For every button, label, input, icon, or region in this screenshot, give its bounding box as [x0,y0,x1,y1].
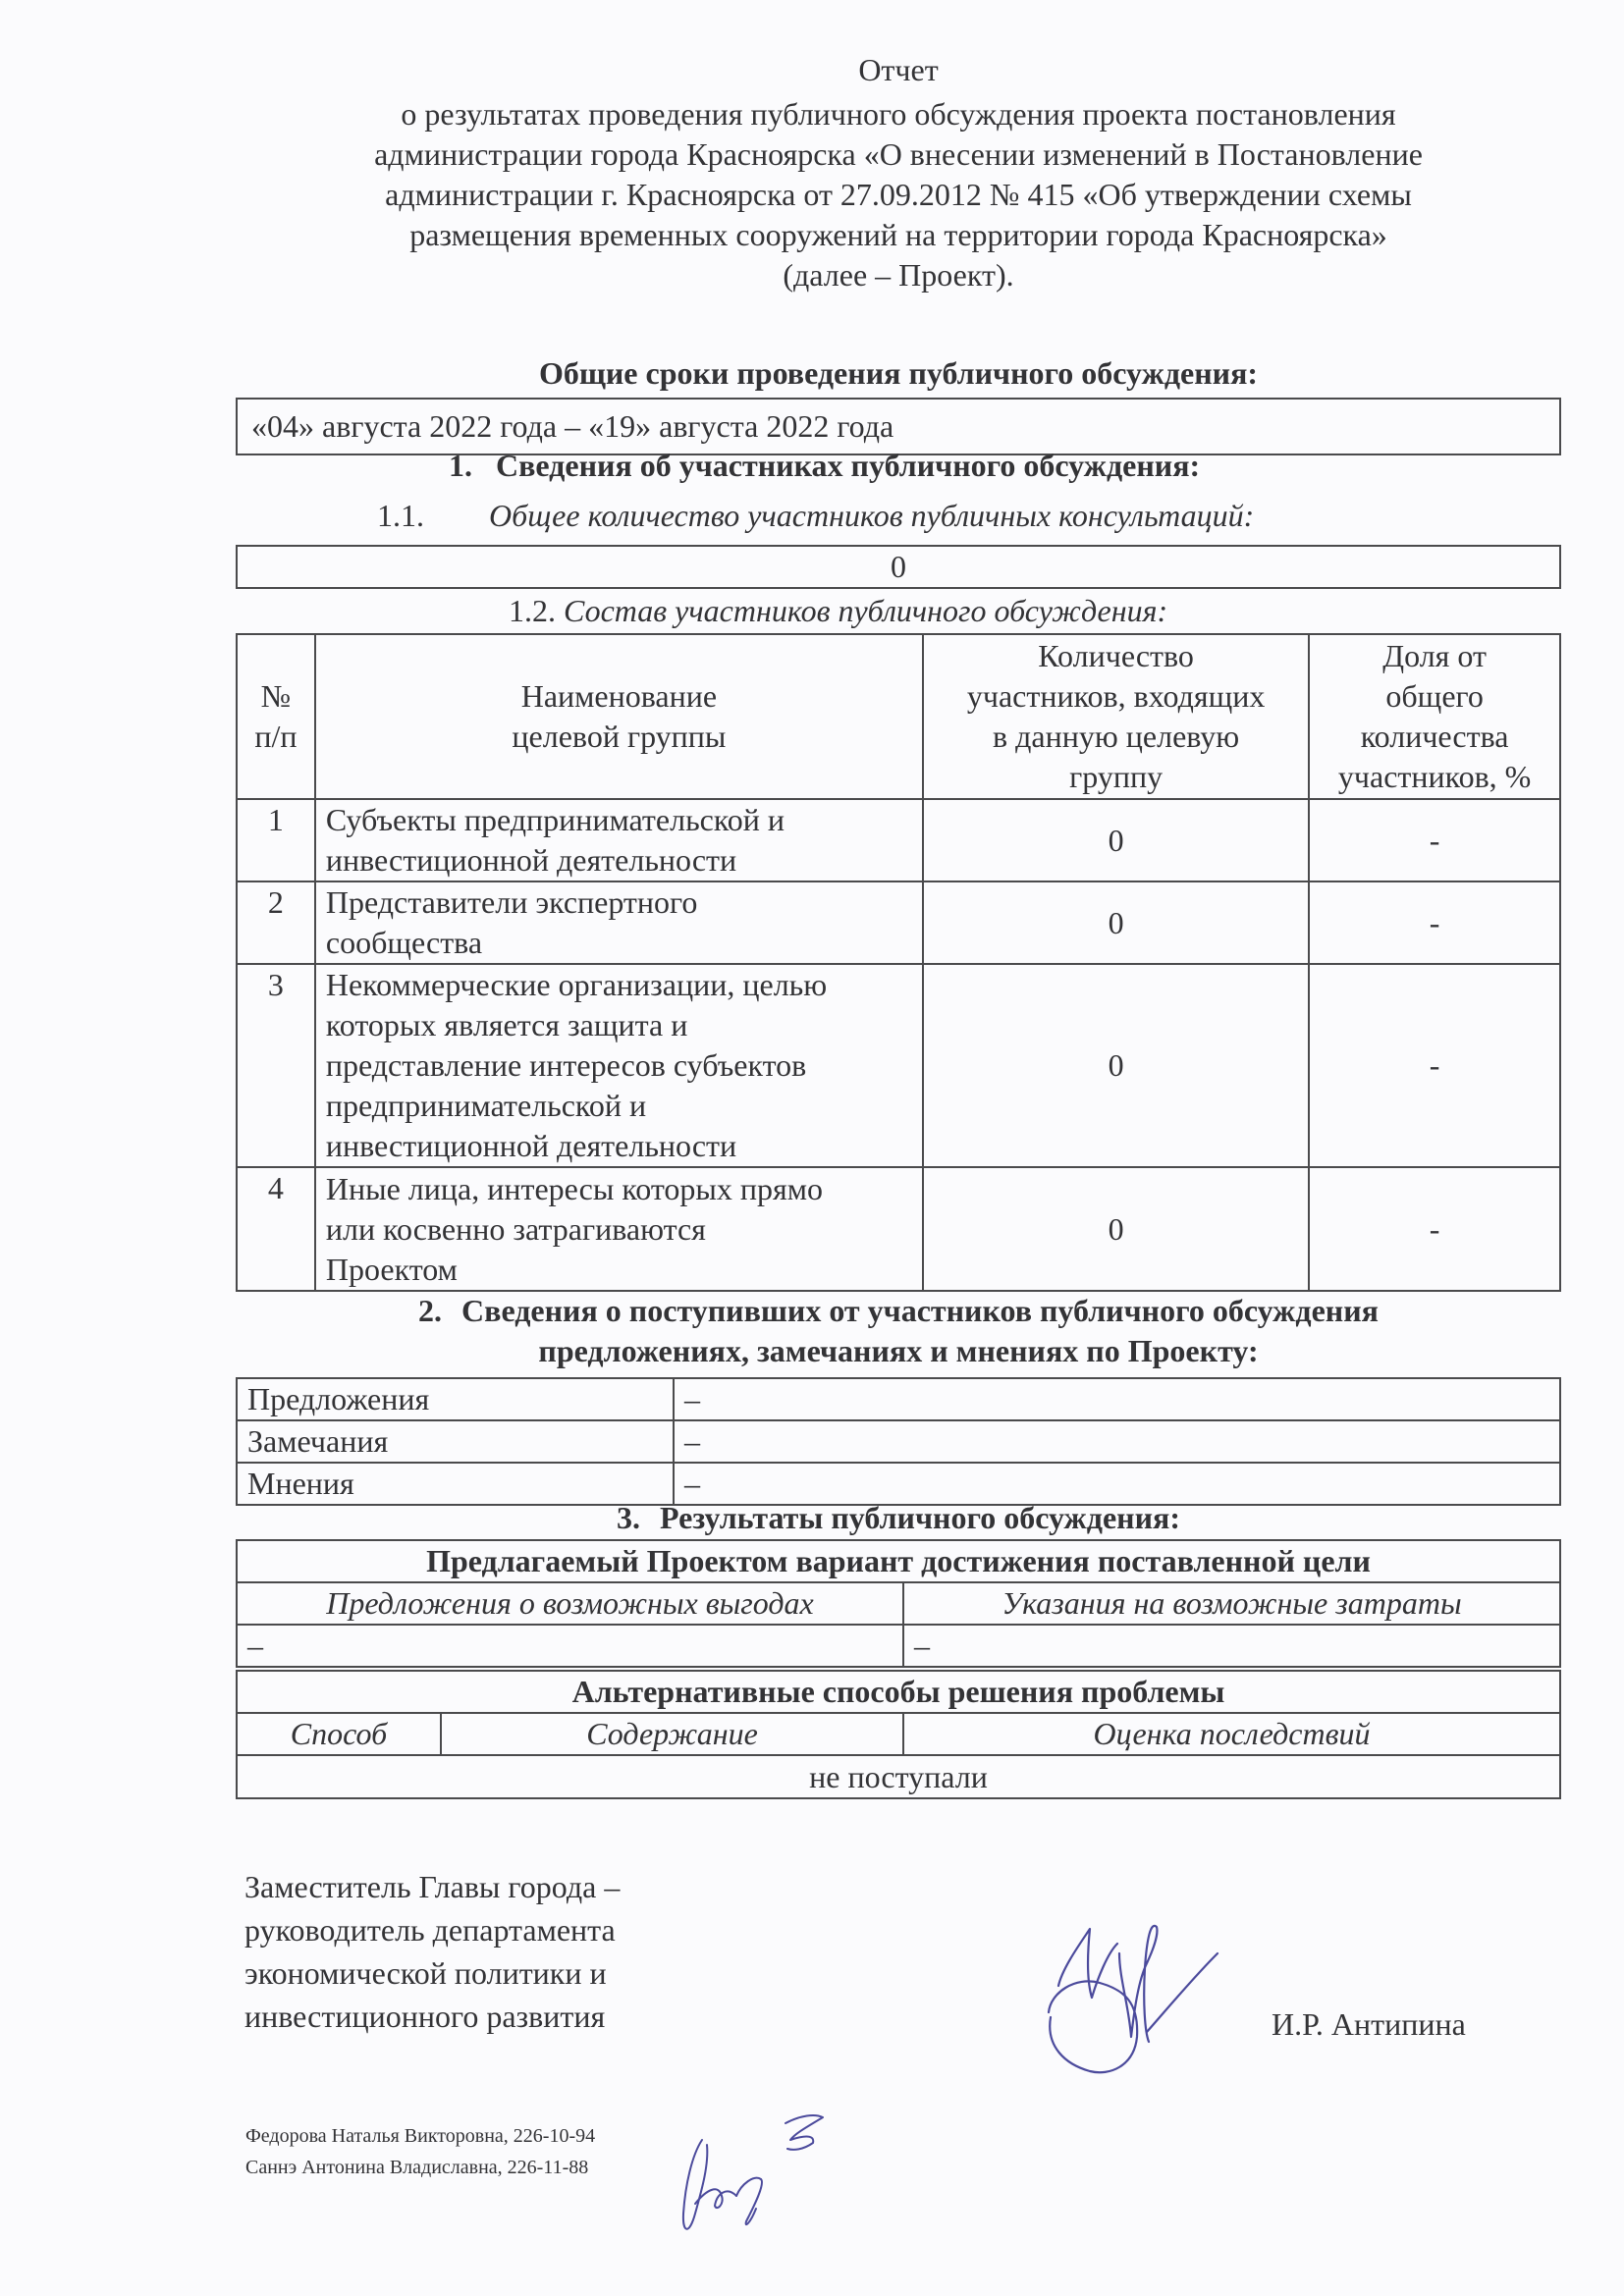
handwritten-signature [1021,1909,1218,2086]
document-title: Отчет [236,50,1561,90]
subtitle-line: размещения временных сооружений на терри… [236,215,1561,255]
feedback-label: Предложения [237,1378,674,1420]
content-header: Содержание [441,1713,903,1755]
row-share: - [1309,1167,1560,1291]
contact-line: Федорова Наталья Викторовна, 226-10-94 [245,2120,595,2152]
alternatives-value: не поступали [237,1755,1560,1798]
row-group-name: Представители экспертногосообщества [315,881,923,964]
benefits-header: Предложения о возможных выгодах [237,1582,903,1625]
col-header-count: Количествоучастников, входящих в данную … [923,634,1309,799]
row-count: 0 [923,1167,1309,1291]
alternatives-table: Альтернативные способы решения проблемы … [236,1670,1561,1799]
participants-table: №п/п Наименованиецелевой группы Количест… [236,633,1561,1292]
section2-heading-line: 2.Сведения о поступивших от участников п… [236,1291,1561,1331]
section3-heading: 3.Результаты публичного обсуждения: [236,1498,1561,1538]
section1-1-title: Общее количество участников публичных ко… [489,498,1254,533]
feedback-value: – [674,1378,1560,1420]
subtitle-line: администрации г. Красноярска от 27.09.20… [236,175,1561,215]
section1-2-heading: 1.2. Состав участников публичного обсужд… [509,591,1167,631]
col-header-group: Наименованиецелевой группы [315,634,923,799]
feedback-label: Замечания [237,1420,674,1463]
section1-heading: 1. Сведения об участниках публичного обс… [449,446,1200,486]
table-row: Замечания – [237,1420,1560,1463]
row-share: - [1309,799,1560,881]
section1-1-number: 1.1. [377,496,481,536]
table-row: Предложения – [237,1378,1560,1420]
subtitle-line: администрации города Красноярска «О внес… [236,134,1561,175]
participants-total-table: 0 [236,545,1561,589]
row-count: 0 [923,799,1309,881]
section3-title: Результаты публичного обсуждения: [660,1500,1180,1535]
costs-header: Указания на возможные затраты [903,1582,1560,1625]
alternatives-title: Альтернативные способы решения проблемы [237,1671,1560,1713]
row-group-name: Иные лица, интересы которых прямоили кос… [315,1167,923,1291]
section1-2-title: Состав участников публичного обсуждения: [564,593,1167,628]
proposed-variant-table: Предлагаемый Проектом вариант достижения… [236,1539,1561,1668]
costs-value: – [903,1625,1560,1667]
row-count: 0 [923,964,1309,1167]
section2-heading-line: предложениях, замечаниях и мнениях по Пр… [236,1331,1561,1371]
row-share: - [1309,881,1560,964]
row-number: 2 [237,881,315,964]
section1-title: Сведения об участниках публичного обсужд… [496,448,1200,483]
participants-total-value: 0 [237,546,1560,588]
section2-number: 2. [418,1291,461,1331]
method-header: Способ [237,1713,441,1755]
row-number: 4 [237,1167,315,1291]
section1-number: 1. [449,446,488,486]
subtitle-line: (далее – Проект). [236,255,1561,295]
row-group-name: Некоммерческие организации, цельюкоторых… [315,964,923,1167]
signature-icon [1021,1909,1218,2081]
contact-line: Саннэ Антонина Владиславна, 226-11-88 [245,2152,595,2183]
benefits-value: – [237,1625,903,1667]
table-row: 3 Некоммерческие организации, цельюкотор… [237,964,1560,1167]
signatory-name: И.Р. Антипина [1272,2004,1466,2045]
contacts: Федорова Наталья Викторовна, 226-10-94 С… [245,2120,595,2183]
document-subtitle: о результатах проведения публичного обсу… [236,94,1561,295]
row-number: 3 [237,964,315,1167]
col-header-number: №п/п [237,634,315,799]
row-group-name: Субъекты предпринимательской иинвестицио… [315,799,923,881]
consequences-header: Оценка последствий [903,1713,1560,1755]
section1-1-heading: 1.1. Общее количество участников публичн… [377,496,1254,536]
col-header-share: Доля отобщего количестваучастников, % [1309,634,1560,799]
row-share: - [1309,964,1560,1167]
section3-number: 3. [617,1498,660,1538]
signatory-position: Заместитель Главы города – руководитель … [244,1865,620,2038]
subtitle-line: о результатах проведения публичного обсу… [236,94,1561,134]
table-row: 4 Иные лица, интересы которых прямоили к… [237,1167,1560,1291]
row-count: 0 [923,881,1309,964]
table-header-row: №п/п Наименованиецелевой группы Количест… [237,634,1560,799]
initials-mark [668,2106,844,2243]
initials-icon [668,2106,844,2238]
timeline-heading: Общие сроки проведения публичного обсужд… [236,353,1561,394]
feedback-table: Предложения – Замечания – Мнения – [236,1377,1561,1506]
feedback-value: – [674,1420,1560,1463]
table-row: 2 Представители экспертногосообщества 0 … [237,881,1560,964]
proposed-variant-title: Предлагаемый Проектом вариант достижения… [237,1540,1560,1582]
section1-2-number: 1.2. [509,593,556,628]
section2-heading: 2.Сведения о поступивших от участников п… [236,1291,1561,1371]
row-number: 1 [237,799,315,881]
table-row: 1 Субъекты предпринимательской иинвестиц… [237,799,1560,881]
